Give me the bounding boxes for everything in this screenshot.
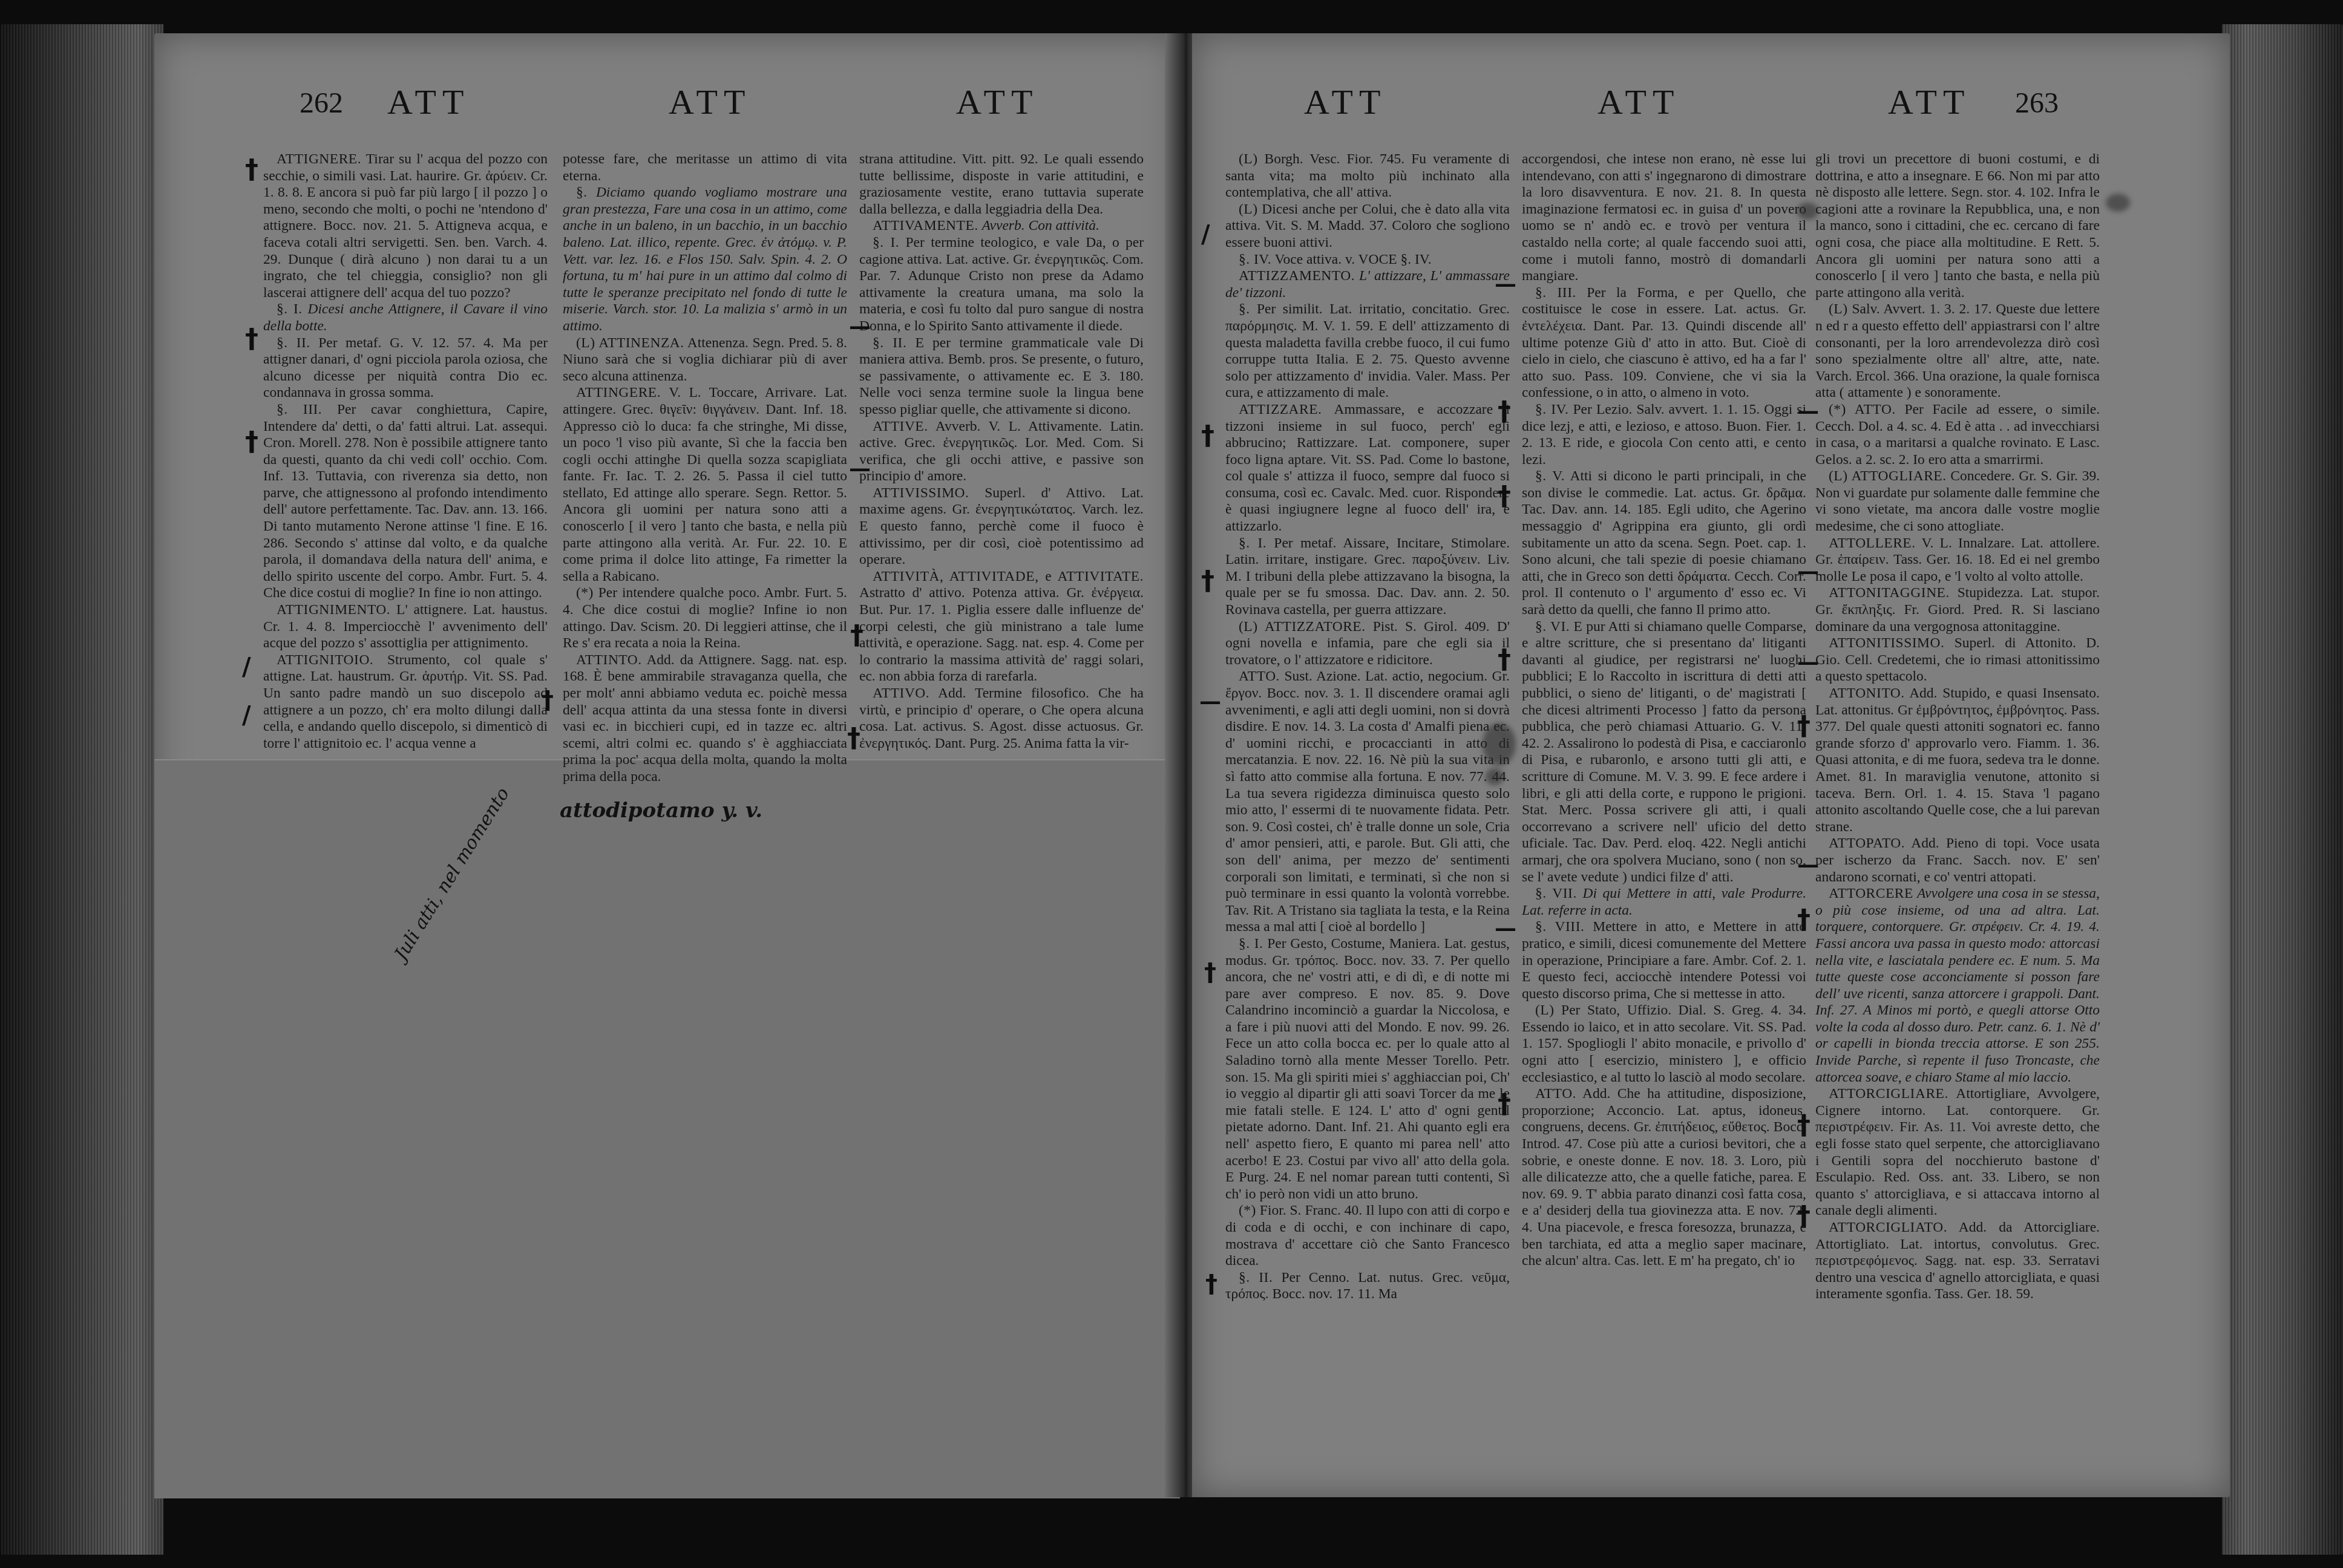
margin-cross-mark: † [1797,1110,1810,1141]
headword: ATTONITAGGINE. [1829,585,1950,601]
lower-sheet-overlay [154,759,1180,1498]
ink-stain [1797,203,1818,220]
definition: Add. Che ha attitudine, disposizione, pr… [1522,1086,1806,1269]
dictionary-entry: §. II. Per Cenno. Lat. nutus. Grec. νεῦμ… [1225,1270,1510,1303]
running-head: ATT [669,82,751,122]
headword: (L) [1239,151,1258,167]
headword: §. IV. [1239,252,1271,267]
left-page: 262 ATT ATT ATT ATTIGNERE. Tirar su l' a… [154,33,1180,1497]
dictionary-entry: (L) Salv. Avvert. 1. 3. 2. 17. Queste du… [1815,301,2100,402]
definition: Add. da Attignere. Sagg. nat. esp. 168. … [563,652,847,785]
margin-cross-mark: † [850,620,863,651]
margin-slash-mark: / [242,702,251,730]
dictionary-entry: ATTORCERE Avvolgere una cosa in se stess… [1815,886,2100,1086]
ink-stain [2106,194,2130,212]
headword: §. VII. [1535,886,1577,901]
definition: Per cavar conghiettura, Capire, Intender… [263,402,548,601]
definition: Attortigliare, Avvolgere, Cignere intorn… [1815,1086,2100,1218]
headword: ATTONITO. [1829,685,1905,701]
headword: §. [1239,301,1250,317]
headword: §. III. [1535,285,1576,301]
running-head: ATT [1888,82,1970,122]
dictionary-entry: §. VIII. Mettere in atto, e Mettere in a… [1522,919,1806,1002]
headword: ATTIVE. [873,419,928,434]
dictionary-entry: (L) ATTIZZATORE. Pist. S. Girol. 409. D'… [1225,619,1510,669]
dictionary-entry: ATTIGNERE. Tirar su l' acqua del pozzo c… [263,151,548,301]
definition: Avverb. Con attività. [982,218,1100,234]
dictionary-entry: §. Diciamo quando vogliamo mostrare una … [563,185,847,335]
margin-dash-mark: — [1797,650,1819,675]
dictionary-entry: ATTONITISSIMO. Superl. di Attonito. D. G… [1815,635,2100,685]
margin-dash-mark: — [1797,853,1819,878]
margin-cross-mark: † [1498,481,1511,512]
margin-dash-mark: — [1495,272,1516,297]
margin-dash-mark: — [849,457,871,482]
dictionary-entry: §. VI. E pur Atti si chiamano quelle Com… [1522,619,1806,886]
headword: §. I. [873,235,899,250]
definition: Per la Forma, e per Quello, che costitui… [1522,285,1806,401]
dictionary-entry: §. IV. Per Lezio. Salv. avvert. 1. 1. 15… [1522,402,1806,468]
headword: §. I. [1239,535,1267,551]
margin-dash-mark: — [849,315,871,339]
headword: ATTIVISSIMO. [873,485,969,501]
margin-dash-mark: — [1199,690,1221,714]
headword: ATTO. [1239,668,1280,684]
dictionary-entry: §. III. Per la Forma, e per Quello, che … [1522,285,1806,402]
headword: §. II. [277,335,310,351]
headword: ATTINGERE. [576,385,661,400]
ink-stain [1483,723,1516,765]
column-right-3: gli trovi un precettore di buoni costumi… [1815,151,2100,1303]
definition: potesse fare, che meritasse un attimo di… [563,151,847,184]
definition: Per Gesto, Costume, Maniera. Lat. gestus… [1225,936,1510,1202]
headword: (L) [1239,201,1258,217]
headword: §. I. [277,301,303,317]
headword: ATTIVAMENTE. [873,218,978,234]
running-head: ATT [956,82,1038,122]
dictionary-entry: §. I. Per termine teologico, e vale Da, … [859,235,1144,335]
margin-cross-mark: † [245,154,258,185]
headword: ATTIVO. [873,685,929,701]
definition: Per termine teologico, e vale Da, o per … [859,235,1144,334]
column-left-2: potesse fare, che meritasse un attimo di… [563,151,847,786]
margin-cross-mark: † [1797,904,1810,935]
handwritten-note: attodipotamo y. v. [560,799,762,823]
definition: strana attitudine. Vitt. pitt. 92. Le qu… [859,151,1144,217]
margin-cross-mark: † [1797,711,1810,742]
headword: ATTORCIGLIARE. [1829,1086,1948,1102]
headword: ATTIZZARE. [1239,402,1322,417]
headword: ATTOPATO. [1829,835,1905,851]
dictionary-entry: §. Per similit. Lat. irritatio, concitat… [1225,301,1510,402]
definition: Avvolgere una cosa in se stessa, o più c… [1815,886,2100,1085]
margin-cross-mark: † [847,723,860,754]
dictionary-entry: §. II. E per termine grammaticale vale D… [859,335,1144,419]
definition: Sust. Azione. Lat. actio, negocium. Gr. … [1225,668,1510,935]
dictionary-entry: §. I. Per Gesto, Costume, Maniera. Lat. … [1225,936,1510,1203]
dictionary-entry: (L) ATTINENZA. Attenenza. Segn. Pred. 5.… [563,335,847,385]
headword: ATTONITISSIMO. [1829,635,1944,651]
dictionary-entry: (*) ATTO. Per Facile ad essere, o simile… [1815,402,2100,468]
dictionary-entry: ATTINGERE. V. L. Toccare, Arrivare. Lat.… [563,385,847,585]
dictionary-entry: ATTONITO. Add. Stupido, e quasi Insensat… [1815,685,2100,835]
column-left-3: strana attitudine. Vitt. pitt. 92. Le qu… [859,151,1144,752]
definition: Per metaf. Aissare, Incitare, Stimolare.… [1225,535,1510,618]
margin-cross-mark: † [1498,644,1511,675]
headword: ATTORCERE [1829,886,1913,901]
dictionary-entry: §. IV. Voce attiva. v. VOCE §. IV. [1225,252,1510,269]
headword: §. VIII. [1535,919,1584,935]
dictionary-entry: (L) Borgh. Vesc. Fior. 745. Fu veramente… [1225,151,1510,201]
definition: Tirar su l' acqua del pozzo con secchie,… [263,151,548,301]
definition: Per intendere qualche poco. Ambr. Furt. … [563,585,847,651]
definition: Fior. S. Franc. 40. Il lupo con atti di … [1225,1203,1510,1269]
dictionary-entry: (*) Per intendere qualche poco. Ambr. Fu… [563,585,847,652]
definition: Dicesi anche Attignere, il Cavare il vin… [263,301,548,334]
book-edge-left [0,24,163,1555]
page-number-right: 263 [2015,87,2059,120]
definition: gli trovi un precettore di buoni costumi… [1815,151,2100,301]
definition: Astratto d' attivo. Potenza attiva. Gr. … [859,585,1144,684]
dictionary-entry: ATTIVE. Avverb. V. L. Attivamente. Latin… [859,419,1144,485]
margin-cross-mark: † [1201,420,1214,451]
right-page: ATT ATT ATT 263 (L) Borgh. Vesc. Fior. 7… [1192,33,2230,1497]
dictionary-entry: ATTIGNIMENTO. L' attignere. Lat. haustus… [263,602,548,652]
running-head: ATT [1597,82,1680,122]
margin-cross-mark: † [1797,1201,1810,1232]
dictionary-entry: §. VII. Di qui Mettere in atti, vale Pro… [1522,886,1806,919]
headword: §. V. [1535,468,1565,484]
headword: §. I. [1239,936,1263,952]
definition: Borgh. Vesc. Fior. 745. Fu veramente di … [1225,151,1510,200]
headword: ATTINTO. [576,652,642,668]
dictionary-entry: (L) ATTOGLIARE. Concedere. Gr. S. Gir. 3… [1815,468,2100,535]
definition: Diciamo quando vogliamo mostrare una gra… [563,185,847,334]
dictionary-entry: §. III. Per cavar conghiettura, Capire, … [263,402,548,602]
dictionary-entry: §. I. Dicesi anche Attignere, il Cavare … [263,301,548,335]
margin-dash-mark: — [1495,916,1516,941]
running-head: ATT [387,82,470,122]
headword: (L) [1535,1002,1555,1018]
headword: (L) ATTOGLIARE. [1829,468,1947,484]
column-right-2: accorgendosi, che intese non erano, nè e… [1522,151,1806,1270]
headword: ATTIGNIMENTO. [277,602,390,618]
headword: (L) ATTINENZA. [576,335,684,351]
dictionary-entry: §. V. Atti si dicono le parti principali… [1522,468,1806,618]
dictionary-entry: ATTIZZAMENTO. L' attizzare, L' ammassare… [1225,268,1510,301]
column-right-1: (L) Borgh. Vesc. Fior. 745. Fu veramente… [1225,151,1510,1303]
dictionary-entry: ATTONITAGGINE. Stupidezza. Lat. stupor. … [1815,585,2100,635]
headword: §. III. [277,402,322,417]
dictionary-entry: (*) Fior. S. Franc. 40. Il lupo con atti… [1225,1203,1510,1269]
ink-stain [1486,768,1504,785]
headword: (*) [576,585,594,601]
headword: §. II. [1239,1270,1273,1285]
definition: Dicesi anche per Colui, che è dato alla … [1225,201,1510,250]
headword: ATTIZZAMENTO. [1239,268,1355,284]
definition: Per similit. Lat. irritatio, concitatio.… [1225,301,1510,400]
headword: §. IV. [1535,402,1568,417]
headword: (*) ATTO. [1829,402,1896,417]
dictionary-entry: ATTO. Sust. Azione. Lat. actio, negocium… [1225,668,1510,936]
headword: ATTORCIGLIATO. [1829,1220,1947,1235]
definition: E pur Atti si chiamano quelle Comparse, … [1522,619,1806,885]
dictionary-entry: §. I. Per metaf. Aissare, Incitare, Stim… [1225,535,1510,619]
dictionary-entry: (L) Dicesi anche per Colui, che è dato a… [1225,201,1510,252]
dictionary-entry: ATTIZZARE. Ammassare, e accozzare i tizz… [1225,402,1510,535]
headword: ATTIVITÀ, ATTIVITADE, e ATTIVITATE. [873,569,1144,584]
definition: Voce attiva. v. VOCE §. IV. [1275,252,1432,267]
margin-cross-mark: † [1204,959,1216,987]
dictionary-entry: ATTO. Add. Che ha attitudine, disposizio… [1522,1086,1806,1270]
headword: ATTIGNERE. [277,151,361,167]
dictionary-entry: ATTORCIGLIATO. Add. da Attorcigliare. At… [1815,1220,2100,1303]
margin-slash-mark: / [242,653,251,681]
dictionary-entry: ATTORCIGLIARE. Attortigliare, Avvolgere,… [1815,1086,2100,1220]
dictionary-entry: ATTOLLERE. V. L. Innalzare. Lat. attolle… [1815,535,2100,586]
dictionary-entry: ATTOPATO. Add. Pieno di topi. Voce usata… [1815,835,2100,886]
dictionary-entry: ATTIVAMENTE. Avverb. Con attività. [859,218,1144,235]
headword: §. II. [873,335,906,351]
running-head: ATT [1304,82,1386,122]
definition: Per Stato, Uffizio. Dial. S. Greg. 4. 34… [1522,1002,1806,1085]
headword: ATTIGNITOIO. [277,652,373,668]
dictionary-entry: accorgendosi, che intese non erano, nè e… [1522,151,1806,285]
headword: (L) ATTIZZATORE. [1239,619,1366,635]
dictionary-entry: §. II. Per metaf. G. V. 12. 57. 4. Ma pe… [263,335,548,402]
dictionary-entry: potesse fare, che meritasse un attimo di… [563,151,847,185]
dictionary-entry: strana attitudine. Vitt. pitt. 92. Le qu… [859,151,1144,218]
dictionary-entry: ATTINTO. Add. da Attignere. Sagg. nat. e… [563,652,847,786]
margin-slash-mark: / [1201,221,1210,249]
margin-cross-mark: † [542,687,554,714]
book-edge-right [2222,24,2343,1555]
margin-cross-mark: † [1201,566,1214,596]
column-left-1: ATTIGNERE. Tirar su l' acqua del pozzo c… [263,151,548,752]
definition: Salv. Avvert. 1. 3. 2. 17. Queste due le… [1815,301,2100,400]
dictionary-entry: (L) Per Stato, Uffizio. Dial. S. Greg. 4… [1522,1002,1806,1086]
headword: (*) [1239,1203,1256,1218]
definition: Ammassare, e accozzare i tizzoni insieme… [1225,402,1510,534]
dictionary-entry: ATTIVITÀ, ATTIVITADE, e ATTIVITATE. Astr… [859,569,1144,685]
headword: (L) [1829,301,1848,317]
dictionary-entry: ATTIVO. Add. Termine filosofico. Che ha … [859,685,1144,752]
page-number-left: 262 [300,87,343,120]
definition: accorgendosi, che intese non erano, nè e… [1522,151,1806,284]
definition: V. L. Toccare, Arrivare. Lat. attingere.… [563,385,847,584]
margin-cross-mark: † [245,426,258,457]
dictionary-entry: gli trovi un precettore di buoni costumi… [1815,151,2100,301]
definition: Add. Stupido, e quasi Insensato. Lat. at… [1815,685,2100,835]
margin-dash-mark: — [1797,560,1819,584]
margin-dash-mark: — [1797,399,1819,424]
headword: §. VI. [1535,619,1570,635]
headword: ATTO. [1535,1086,1576,1102]
dictionary-entry: ATTIVISSIMO. Superl. d' Attivo. Lat. max… [859,485,1144,569]
margin-cross-mark: † [1498,396,1511,427]
margin-cross-mark: † [1205,1270,1217,1298]
margin-cross-mark: † [1498,1089,1511,1120]
margin-cross-mark: † [245,324,258,354]
headword: ATTOLLERE. [1829,535,1916,551]
definition: Atti si dicono le parti principali, in c… [1522,468,1806,618]
headword: §. [576,185,588,200]
dictionary-entry: ATTIGNITOIO. Strumento, col quale s' att… [263,652,548,753]
